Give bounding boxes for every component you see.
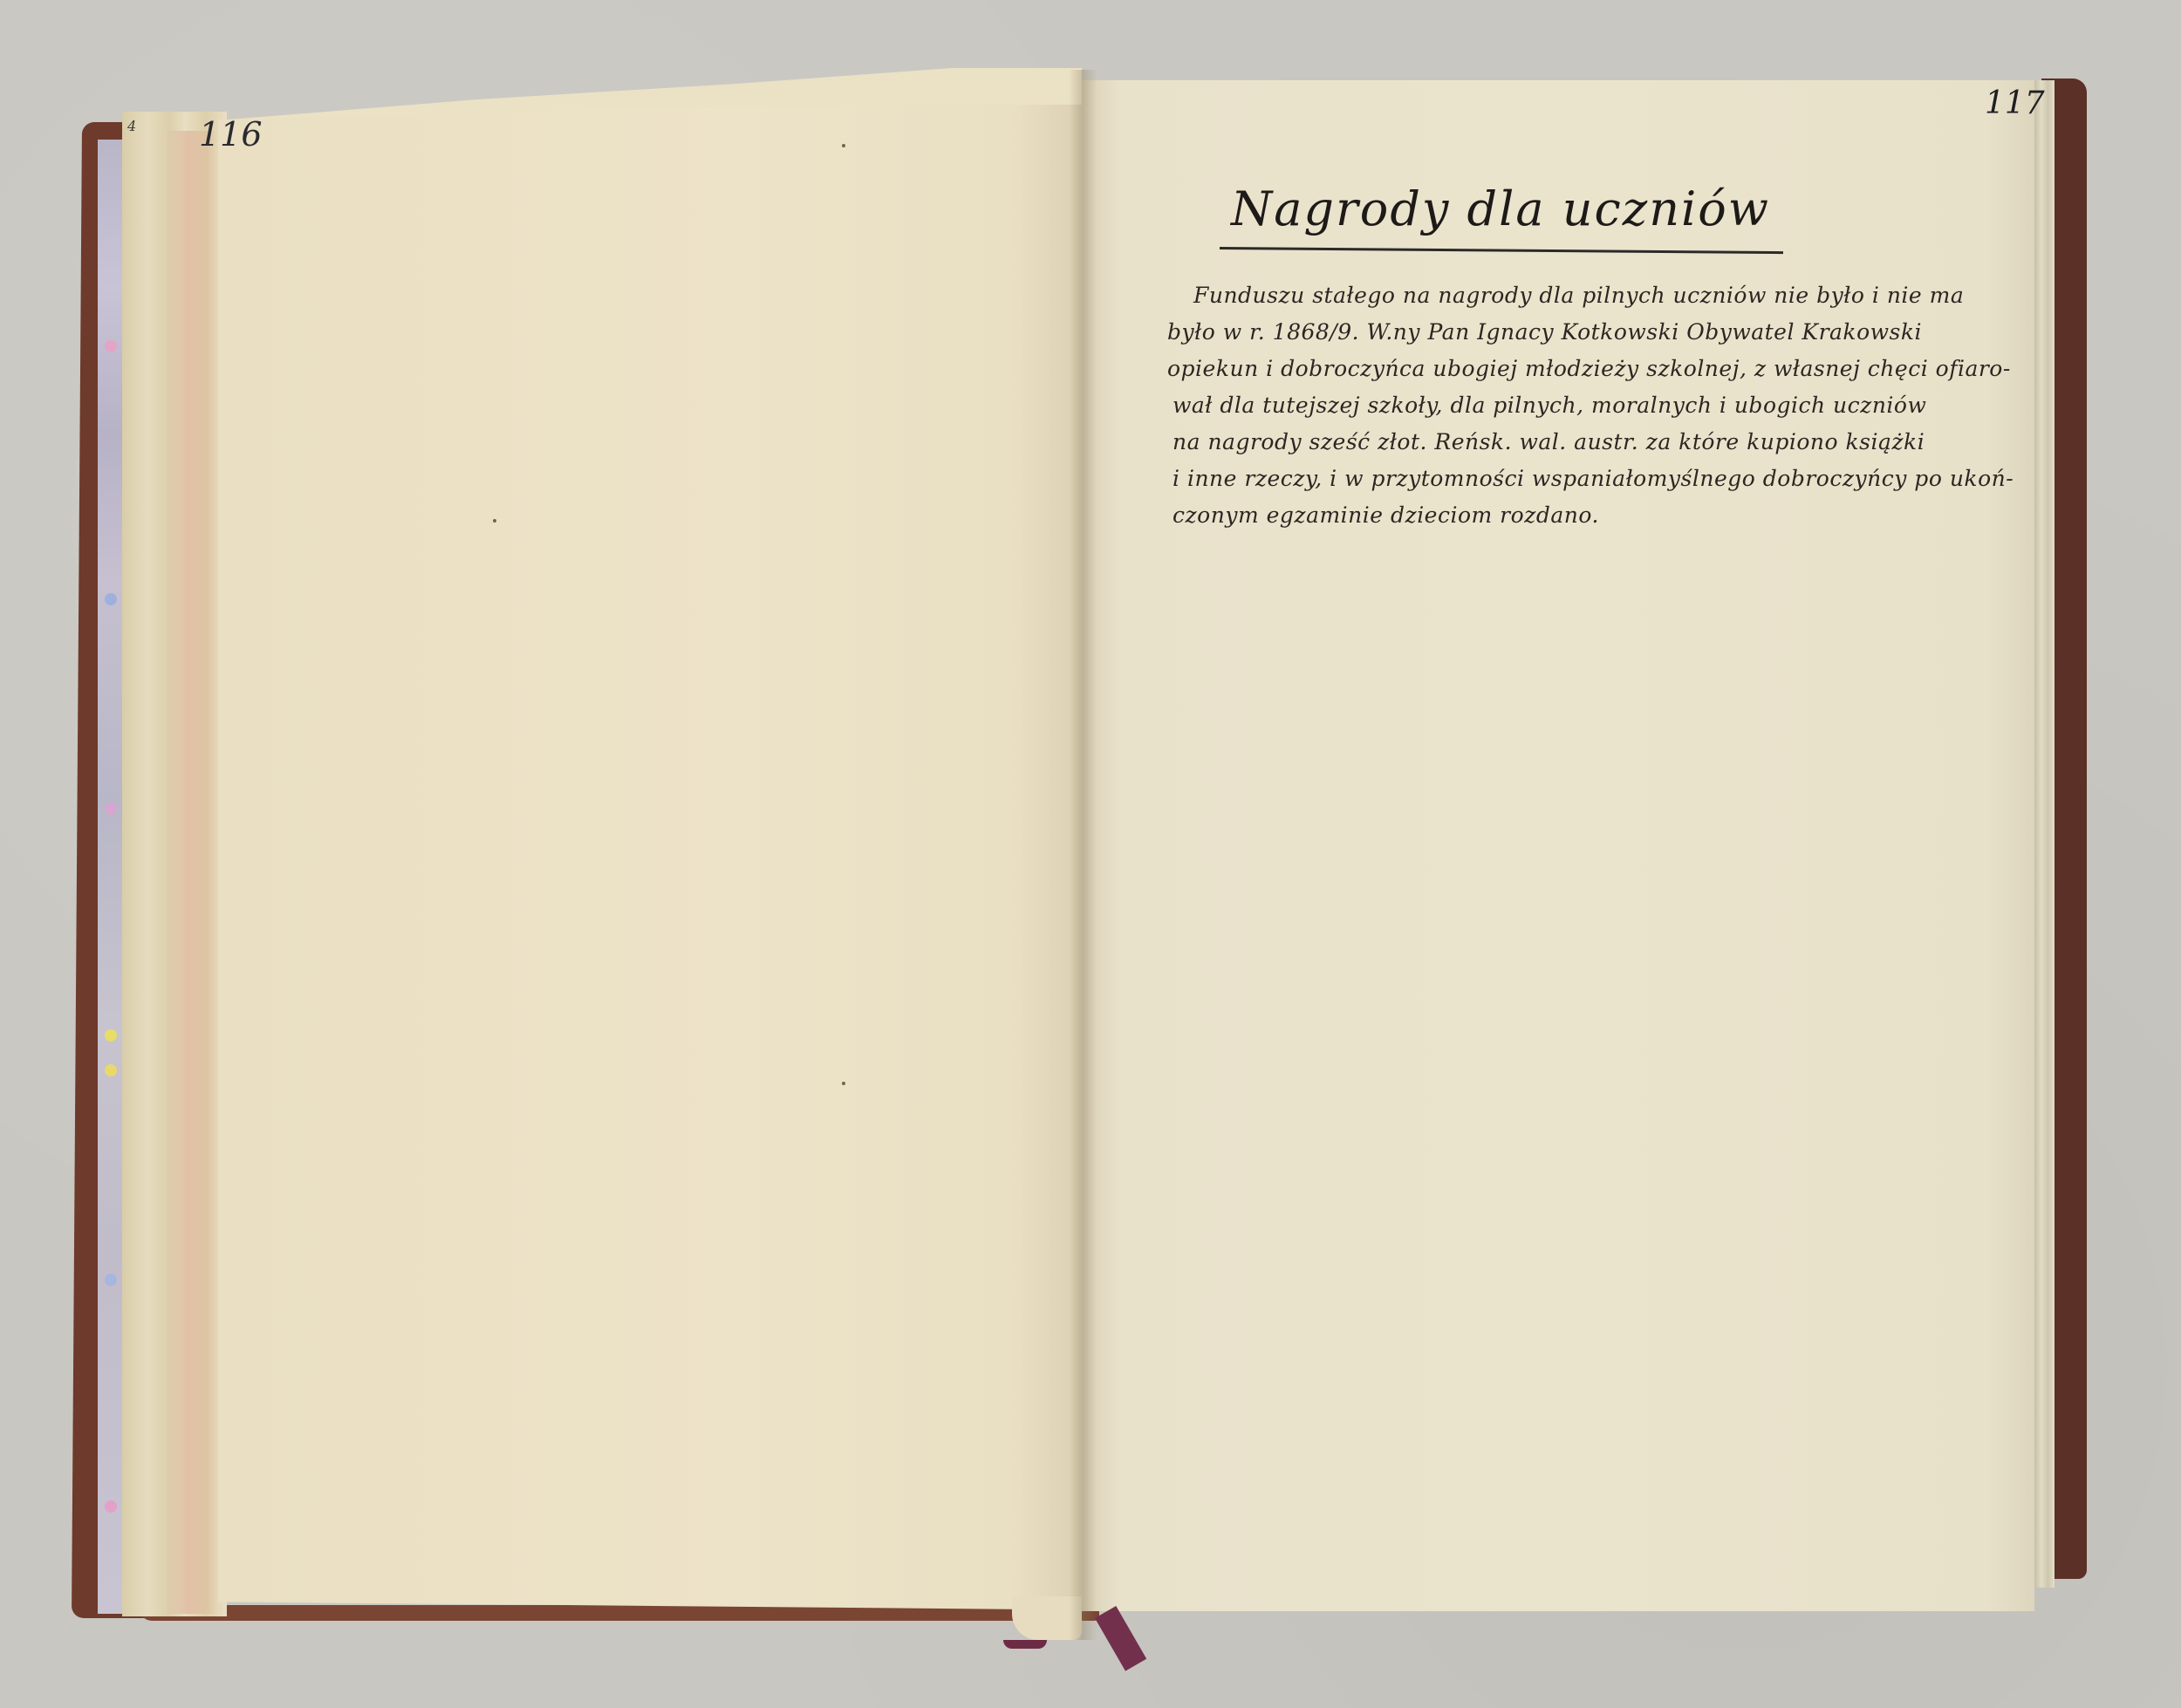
- marble-spot: [105, 1274, 117, 1286]
- marble-spot: [105, 593, 117, 605]
- right-page-number: 117: [1985, 85, 2045, 121]
- marbled-endpaper-edge: [98, 140, 124, 1614]
- bookmark-ribbon[interactable]: [1095, 1606, 1146, 1671]
- marble-spot: [105, 1064, 117, 1076]
- text-line: opiekun i dobroczyńca ubogiej młodzieży …: [1167, 351, 1996, 387]
- marble-spot: [105, 340, 117, 352]
- paper-speck: [842, 1082, 845, 1085]
- text-line: i inne rzeczy, i w przytomności wspaniał…: [1167, 461, 1996, 497]
- left-page: [218, 105, 1082, 1609]
- left-page-number-small: 4: [127, 118, 136, 134]
- text-line: wał dla tutejszej szkoły, dla pilnych, m…: [1167, 387, 1996, 424]
- page-title: Nagrody dla uczniów: [1221, 181, 1780, 236]
- marble-spot: [105, 1029, 117, 1042]
- paper-speck: [493, 519, 496, 523]
- marble-spot: [105, 803, 117, 815]
- text-line: na nagrody sześć złot. Reńsk. wal. austr…: [1167, 424, 1996, 461]
- text-line: czonym egzaminie dzieciom rozdano.: [1167, 497, 1996, 534]
- text-line: Funduszu stałego na nagrody dla pilnych …: [1167, 277, 1996, 314]
- handwritten-entry: Funduszu stałego na nagrody dla pilnych …: [1167, 277, 1996, 534]
- spine-gutter: [1069, 70, 1097, 1640]
- marble-spot: [105, 1500, 117, 1513]
- paper-speck: [842, 144, 845, 147]
- bookmark-ribbon[interactable]: [1003, 1640, 1047, 1649]
- text-line: było w r. 1868/9. W.ny Pan Ignacy Kotkow…: [1167, 314, 1996, 351]
- left-page-number: 116: [199, 115, 263, 154]
- page-stack-left-red-stain: [166, 131, 218, 1614]
